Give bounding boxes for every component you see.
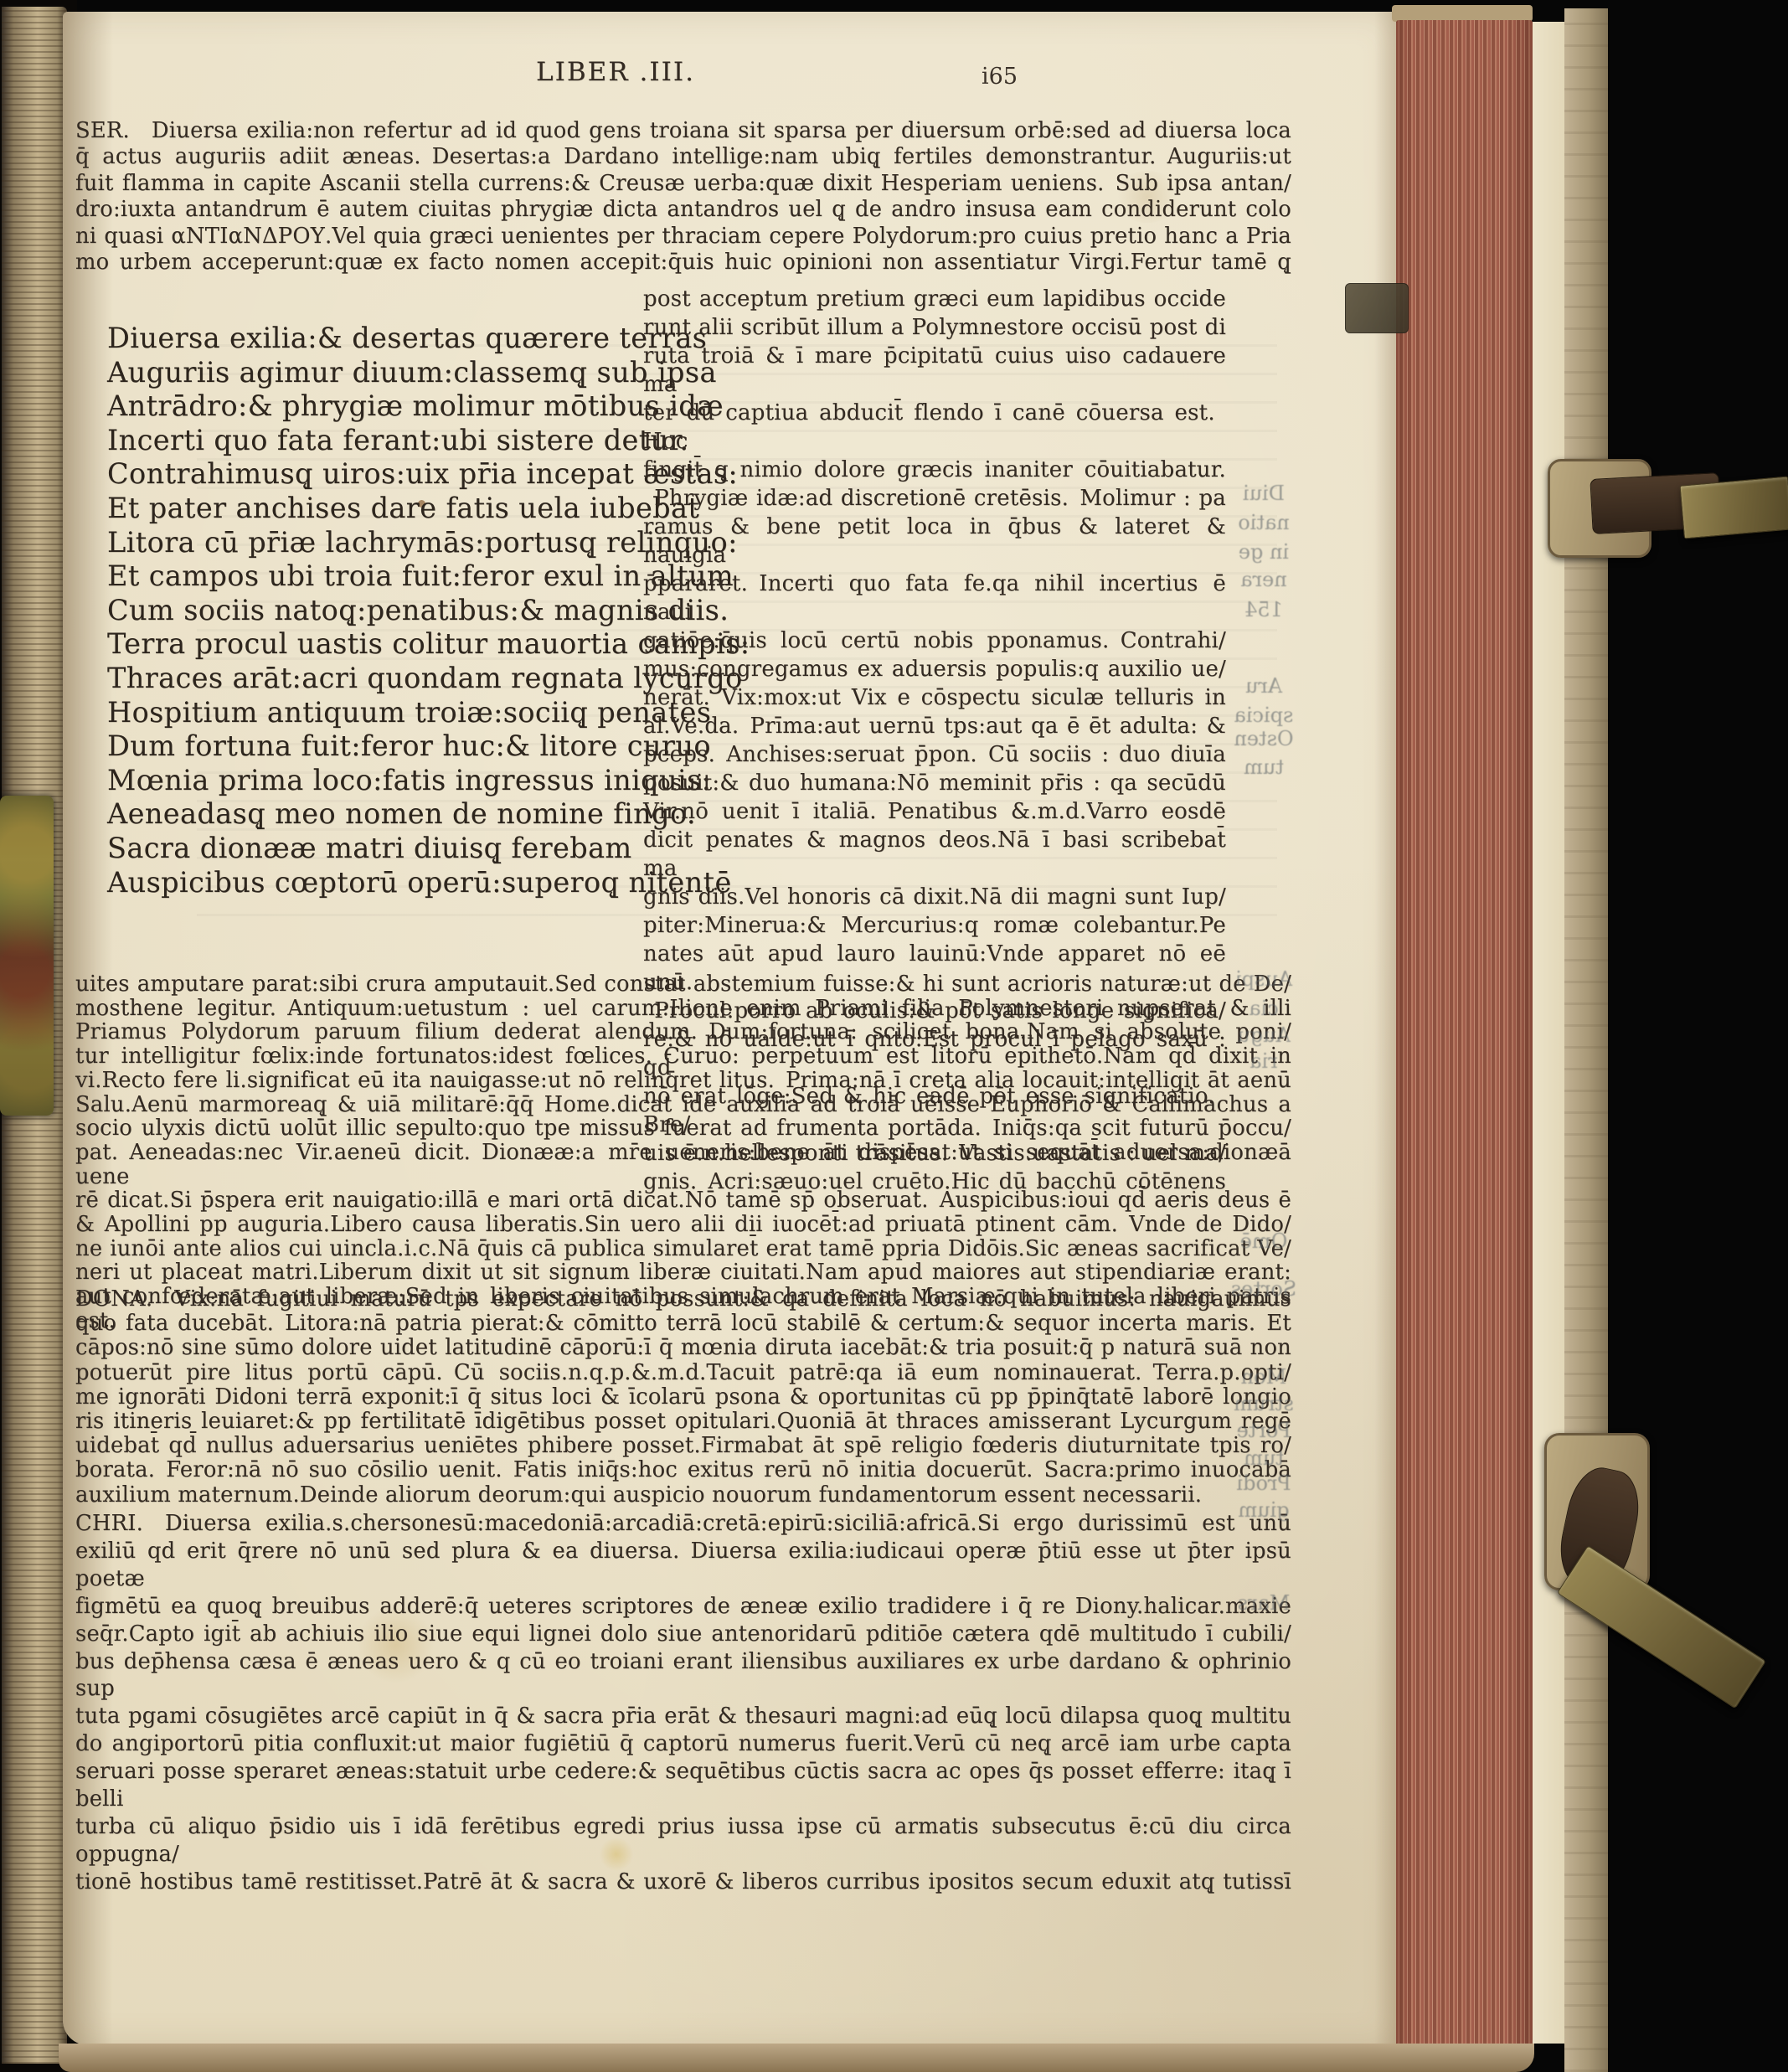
text-line: p̄ceps. Anchises:seruat p̄pon. Cū sociis…	[643, 740, 1226, 769]
margin-note: Auspi	[1214, 967, 1313, 991]
text-line: gnis diis.Vel honoris cā dixit.Nā dii ma…	[643, 883, 1226, 911]
text-line: socio ulyxis dictū uolūt illic sepulto:q…	[75, 1116, 1291, 1141]
text-line: fingit̄ q̨ nimio dolore græcis inaniter …	[643, 456, 1226, 484]
text-line: SER. Diuersa exilia:non refertur ad id q…	[75, 118, 1291, 144]
margin-note: gium	[1214, 1498, 1313, 1522]
text-line: me ignorāti Didoni terrā exponit:ī q̄ si…	[75, 1385, 1291, 1410]
margin-note: Diui	[1214, 482, 1313, 505]
margin-note: Mon	[1214, 1365, 1313, 1389]
verse-line: Incerti quo fata ferant:ubi sistere detu…	[107, 424, 647, 458]
verse-line: Litora cū pr̄iæ lachrymās:portusq̨ relin…	[107, 526, 647, 560]
verse-line: Terra procul uastis colitur mauortia cam…	[107, 627, 647, 662]
text-line: do angiportorū pitia confluxit:ut maior …	[75, 1730, 1291, 1758]
text-line: ris itineris leuiaret:& pp fertilitatē ī…	[75, 1410, 1291, 1434]
text-line: Vir.nō uenit ī italiā. Penatibus &.m.d.V…	[643, 797, 1226, 826]
page-text: LIBER .III. i65 SER. Diuersa exilia:non …	[0, 0, 1788, 2072]
verse-line: Et pater anchises dare fatis uela iubeba…	[107, 492, 647, 526]
margin-note: nera	[1214, 568, 1313, 591]
text-line: p̄pararet. Incerti quo fata fe.qa nihil …	[643, 570, 1226, 626]
verse-line: Thraces arāt:acri quondam regnata lycurg…	[107, 662, 647, 696]
text-line: tuta pgami cōsugiētes arcē capiūt in q̄ …	[75, 1703, 1291, 1730]
text-line: neri ut placeat matri.Liberum dixit ut s…	[75, 1260, 1291, 1285]
margin-note: strum	[1214, 1392, 1313, 1415]
margin-note: tum	[1214, 1446, 1313, 1470]
text-line: CHRI. Diuersa exilia.s.chersonesū:macedo…	[75, 1510, 1291, 1538]
book-photograph: LIBER .III. i65 SER. Diuersa exilia:non …	[0, 0, 1788, 2072]
margin-note: ria	[1214, 1049, 1313, 1073]
margin-note: 154	[1214, 598, 1313, 621]
text-line: pat. Aeneadas:nec Vir.aeneū dicit. Dionæ…	[75, 1141, 1291, 1188]
margin-note: Osten	[1214, 727, 1313, 750]
verse-line: Aeneadasq̨ meo nomen de nomine fingo.	[107, 797, 647, 832]
text-line: ne iunōi ante alios cui uincla.i.c.Nā q̄…	[75, 1237, 1291, 1261]
text-line: mosthene legitur. Antiquum:uetustum : ue…	[75, 997, 1291, 1021]
text-line: seruari posse speraret æneas:statuit urb…	[75, 1758, 1291, 1813]
text-line: exiliū qd erit q̄rere nō unū sed plura &…	[75, 1538, 1291, 1593]
verse-line: Contrahimusq̨ uiros:uix pr̄ia incepat æs…	[107, 457, 647, 492]
text-line: mus:congregamus ex aduersis populis:q au…	[643, 655, 1226, 683]
text-line: uidebat̄ qd̄ nullus aduersarius ueniētes…	[75, 1434, 1291, 1458]
verse-line: Antrādro:& phrygiæ molimur mōtibus idæ	[107, 389, 647, 424]
text-line: turba cū aliquo p̄sidio uis ī idā ferēti…	[75, 1813, 1291, 1868]
text-line: fuit flamma in capite Ascanii stella cur…	[75, 171, 1291, 197]
text-line: tionē hostibus tamē restitisset.Patrē āt…	[75, 1868, 1291, 1896]
verse-line: Et campos ubi troia fuit:feror exul in a…	[107, 559, 647, 594]
margin-note: natio	[1214, 511, 1313, 534]
text-line: figmētū ea quoq̨ breuibus adderē:q̄ uete…	[75, 1593, 1291, 1621]
text-line: posuit:& duo humana:Nō meminit pr̄is : q…	[643, 769, 1226, 797]
text-line: tur intelligitur fœlix:inde fortunatos:i…	[75, 1044, 1291, 1069]
text-line: borata. Feror:nā nō suo cōsilio uenit. F…	[75, 1458, 1291, 1482]
text-line: mo urbem acceperunt:quæ ex facto nomen a…	[75, 250, 1291, 276]
text-line: dro:iuxta antandrum ē autem ciuitas phry…	[75, 197, 1291, 223]
text-line: DONA. Vix:nā fugitiui maturū tps expecta…	[75, 1287, 1291, 1312]
text-line: al.Ve.da. Prīma:aut uernū tps:aut qa ē ē…	[643, 712, 1226, 740]
text-line: piter:Minerua:& Mercurius:q romæ coleban…	[643, 911, 1226, 940]
margin-note: Mars	[1214, 1591, 1313, 1615]
text-line: bus dep̄hensa cæsa ē æneas uero & q cū e…	[75, 1648, 1291, 1703]
text-line: & Apollini pp auguria.Libero causa liber…	[75, 1213, 1291, 1237]
text-line: Salu.Aenū marmoreaq̨ & uiā militarē:q̄q̄…	[75, 1093, 1291, 1117]
christophorus-commentary-paragraph: CHRI. Diuersa exilia.s.chersonesū:macedo…	[75, 1510, 1291, 1896]
text-line: runt alii scribūt illum a Polymnestore o…	[643, 313, 1226, 342]
page-title: LIBER .III.	[482, 57, 750, 87]
verse-line: Sacra dionææ matri diuisq̨ ferebam	[107, 832, 647, 866]
verse-column: Diuersa exilia:& desertas quærere terras…	[107, 322, 647, 899]
margin-note: cia	[1214, 997, 1313, 1020]
verse-line: Cum sociis natoq̨:penatibus:& magnis dii…	[107, 594, 647, 628]
text-line: uites amputare parat:sibi crura amputaui…	[75, 972, 1291, 997]
servius-commentary-paragraph: SER. Diuersa exilia:non refertur ad id q…	[75, 118, 1291, 276]
text-line: Phrygiæ idæ:ad discretionē cretēsis. Mol…	[643, 484, 1226, 513]
text-line: potuerūt pire litus portū cāpū. Cū socii…	[75, 1361, 1291, 1385]
text-line: vi.Recto fere li.significat eū ita nauig…	[75, 1069, 1291, 1093]
text-line: quo fata ducebāt. Litora:nā patria piera…	[75, 1312, 1291, 1336]
text-line: gatiōe:q̄uis locū certū nobis pponamus. …	[643, 626, 1226, 655]
verse-line: Auspicibus cœptorū operū:superoq̨ nitent…	[107, 866, 647, 900]
margin-note: Augu	[1214, 1023, 1313, 1047]
text-line: cāpos:nō sine sūmo dolore uidet latitudi…	[75, 1336, 1291, 1360]
verse-line: Auguriis agimur diuum:classemq̨ sub ipsa	[107, 356, 647, 390]
margin-note: spicia	[1214, 704, 1313, 727]
verse-line: Hospitium antiquum troiæ:sociiq̨ penates	[107, 696, 647, 730]
donatus-commentary-paragraph: DONA. Vix:nā fugitiui maturū tps expecta…	[75, 1287, 1291, 1508]
margin-note: tum	[1214, 755, 1313, 779]
page-number: i65	[982, 64, 1018, 90]
commentary-full-width: uites amputare parat:sibi crura amputaui…	[75, 972, 1291, 1333]
mirrored-marginalia: Diuinatioin genera154AruspiciaOstentumAu…	[1214, 0, 1313, 2072]
margin-note: Sortes	[1214, 1277, 1313, 1301]
verse-line: Mœnia prima loco:fatis ingressus iniquis…	[107, 764, 647, 798]
text-line: seq̄r.Capto igit̄ ab achiuis ilio siue e…	[75, 1621, 1291, 1648]
text-line: post acceptum pretium græci eum lapidibu…	[643, 285, 1226, 313]
text-line: rē dicat.Si p̄spera erit nauigatio:illā …	[75, 1188, 1291, 1213]
text-line: ni quasi αΝΤΙαΝΔΡΟΥ.Vel quia græci uenie…	[75, 224, 1291, 250]
text-line: nerāt. Vix:mox:ut Vix e cōspectu siculæ …	[643, 683, 1226, 712]
margin-note: Porte	[1214, 1419, 1313, 1442]
text-line: q̄ actus auguriis adiit æneas. Desertas:…	[75, 144, 1291, 170]
text-line: ramus & bene petit loca in q̄bus & later…	[643, 513, 1226, 570]
text-line: ter dū captiua abducit̄ flendo ī canē cō…	[643, 399, 1226, 456]
text-line: auxilium maternum.Deinde aliorum deorum:…	[75, 1483, 1291, 1508]
margin-note: Aru	[1214, 674, 1313, 698]
verse-line: Dum fortuna fuit:feror huc:& litore curu…	[107, 729, 647, 764]
text-line: rutā troiā & ī mare p̄cipitatū cuius uis…	[643, 342, 1226, 399]
margin-note: in ge	[1214, 540, 1313, 564]
margin-note: Prodi	[1214, 1472, 1313, 1495]
text-line: Priamus Polydorum paruum filium dederat …	[75, 1020, 1291, 1044]
margin-note: Omē	[1214, 1229, 1313, 1253]
verse-line: Diuersa exilia:& desertas quærere terras	[107, 322, 647, 356]
text-line: dicit penates & magnos deos.Nā ī basi sc…	[643, 826, 1226, 883]
